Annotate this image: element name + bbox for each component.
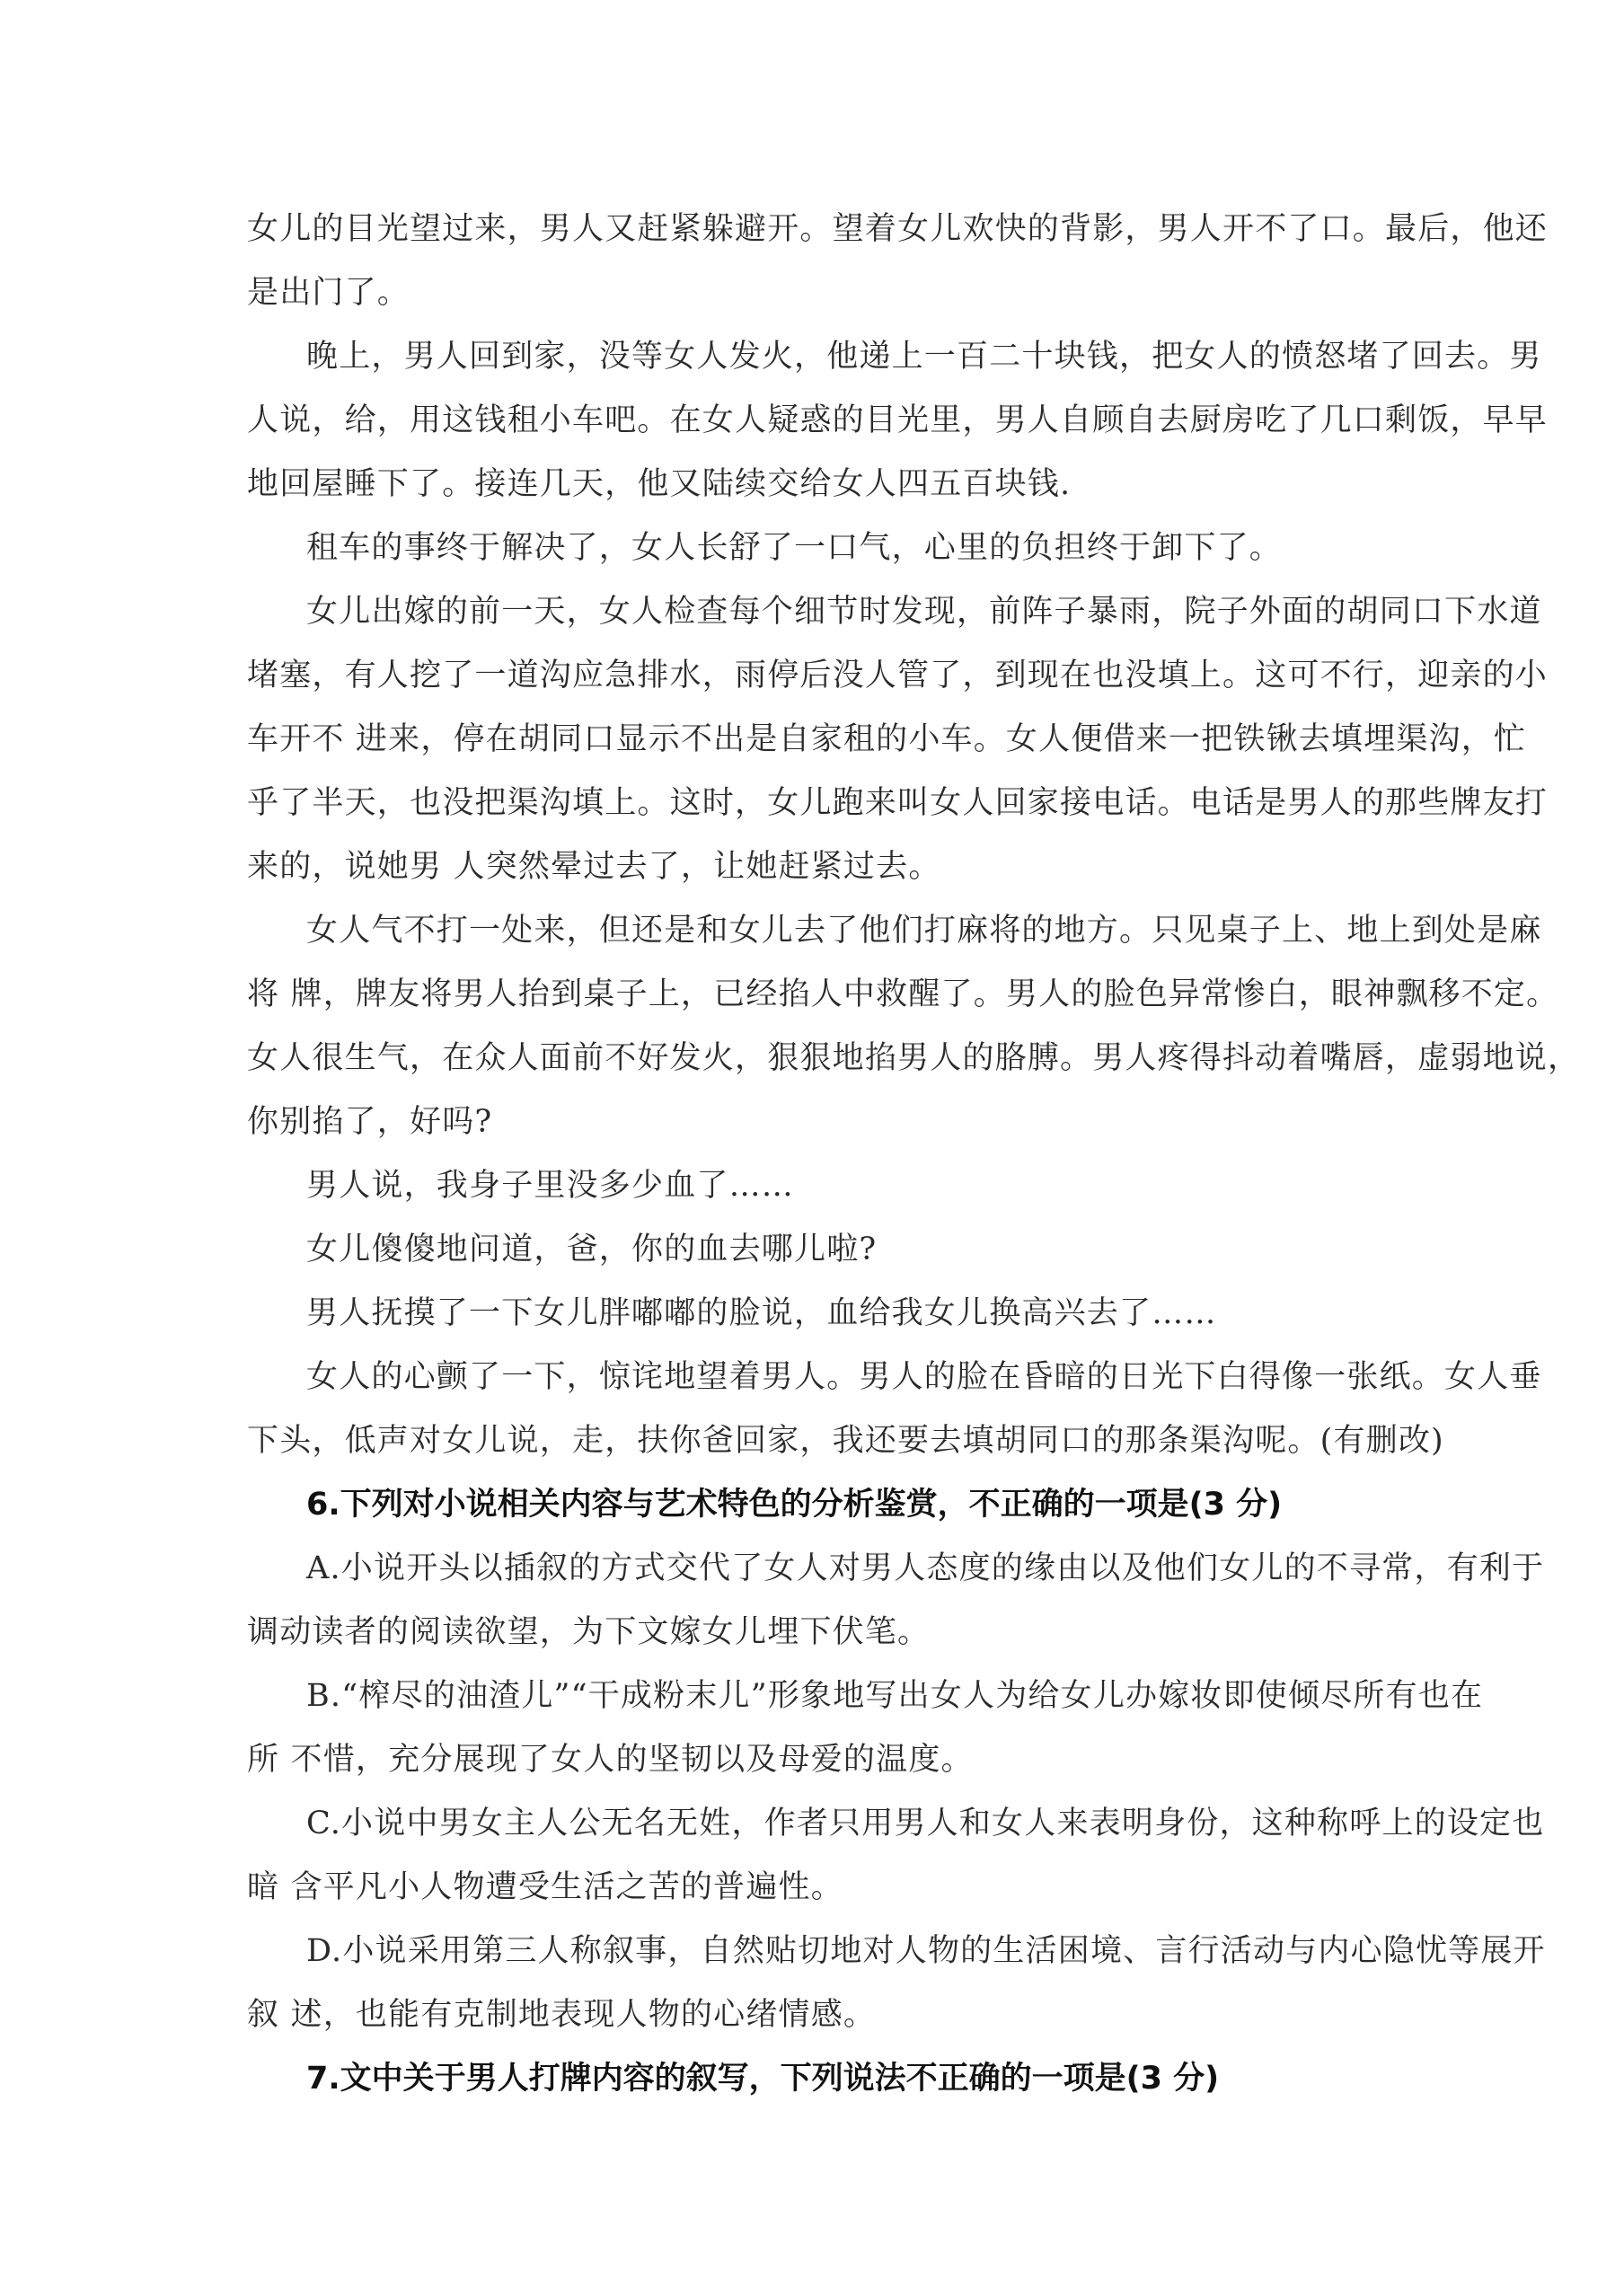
question-title: 7.文中关于男人打牌内容的叙写，下列说法不正确的一项是(3 分) (247, 2047, 1381, 2111)
paragraph: 晚上，男人回到家，没等女人发火，他递上一百二十块钱，把女人的愤怒堵了回去。男 人… (247, 325, 1381, 517)
question-7: 7.文中关于男人打牌内容的叙写，下列说法不正确的一项是(3 分) (247, 2047, 1381, 2111)
option-line: 所 不惜，充分展现了女人的坚韧以及母爱的温度。 (247, 1728, 1381, 1792)
text-line: 车开不 进来，停在胡同口显示不出是自家租的小车。女人便借来一把铁锹去填埋渠沟，忙 (247, 708, 1381, 772)
text-line: 人说，给，用这钱租小车吧。在女人疑惑的目光里，男人自顾自去厨房吃了几口剩饭，早早 (247, 389, 1381, 453)
text-line: 晚上，男人回到家，没等女人发火，他递上一百二十块钱，把女人的愤怒堵了回去。男 (247, 325, 1381, 389)
document-page: 女儿的目光望过来，男人又赶紧躲避开。望着女儿欢快的背影，男人开不了口。最后，他还… (247, 198, 1381, 2111)
option-b: B.“榨尽的油渣儿”“干成粉末儿”形象地写出女人为给女儿办嫁妆即使倾尽所有也在 … (247, 1665, 1381, 1792)
paragraph: 女儿出嫁的前一天，女人检查每个细节时发现，前阵子暴雨，院子外面的胡同口下水道 堵… (247, 580, 1381, 899)
text-line: 乎了半天，也没把渠沟填上。这时，女儿跑来叫女人回家接电话。电话是男人的那些牌友打 (247, 772, 1381, 835)
text-line: 租车的事终于解决了，女人长舒了一口气，心里的负担终于卸下了。 (247, 517, 1381, 580)
text-line: 女儿的目光望过来，男人又赶紧躲避开。望着女儿欢快的背影，男人开不了口。最后，他还 (247, 198, 1381, 261)
paragraph: 女人气不打一处来，但还是和女儿去了他们打麻将的地方。只见桌子上、地上到处是麻 将… (247, 899, 1381, 1154)
text-line: 来的，说她男 人突然晕过去了，让她赶紧过去。 (247, 835, 1381, 899)
text-line: 女人的心颤了一下，惊诧地望着男人。男人的脸在昏暗的日光下白得像一张纸。女人垂 (247, 1346, 1381, 1409)
text-line: 女儿出嫁的前一天，女人检查每个细节时发现，前阵子暴雨，院子外面的胡同口下水道 (247, 580, 1381, 644)
paragraph: 女人的心颤了一下，惊诧地望着男人。男人的脸在昏暗的日光下白得像一张纸。女人垂 下… (247, 1346, 1381, 1473)
question-6: 6.下列对小说相关内容与艺术特色的分析鉴赏，不正确的一项是(3 分) A.小说开… (247, 1473, 1381, 2047)
question-title: 6.下列对小说相关内容与艺术特色的分析鉴赏，不正确的一项是(3 分) (247, 1473, 1381, 1537)
text-line: 你别掐了，好吗? (247, 1091, 1381, 1154)
option-line: A.小说开头以插叙的方式交代了女人对男人态度的缘由以及他们女儿的不寻常，有利于 (247, 1537, 1381, 1601)
text-line: 是出门了。 (247, 261, 1381, 325)
text-line: 男人抚摸了一下女儿胖嘟嘟的脸说，血给我女儿换高兴去了…… (247, 1282, 1381, 1346)
text-line: 将 牌，牌友将男人抬到桌子上，已经掐人中救醒了。男人的脸色异常惨白，眼神飘移不定… (247, 963, 1381, 1027)
text-line: 地回屋睡下了。接连几天，他又陆续交给女人四五百块钱. (247, 453, 1381, 517)
paragraph: 男人抚摸了一下女儿胖嘟嘟的脸说，血给我女儿换高兴去了…… (247, 1282, 1381, 1346)
text-line: 下头，低声对女儿说，走，扶你爸回家，我还要去填胡同口的那条渠沟呢。(有删改) (247, 1409, 1381, 1473)
paragraph: 租车的事终于解决了，女人长舒了一口气，心里的负担终于卸下了。 (247, 517, 1381, 580)
option-line: 叙 述，也能有克制地表现人物的心绪情感。 (247, 1983, 1381, 2047)
option-a: A.小说开头以插叙的方式交代了女人对男人态度的缘由以及他们女儿的不寻常，有利于 … (247, 1537, 1381, 1665)
text-line: 女人气不打一处来，但还是和女儿去了他们打麻将的地方。只见桌子上、地上到处是麻 (247, 899, 1381, 963)
option-c: C.小说中男女主人公无名无姓，作者只用男人和女人来表明身份，这种称呼上的设定也 … (247, 1792, 1381, 1920)
text-line: 女人很生气，在众人面前不好发火，狠狠地掐男人的胳膊。男人疼得抖动着嘴唇，虚弱地说… (247, 1027, 1381, 1091)
option-line: C.小说中男女主人公无名无姓，作者只用男人和女人来表明身份，这种称呼上的设定也 (247, 1792, 1381, 1856)
paragraph: 男人说，我身子里没多少血了…… (247, 1154, 1381, 1218)
text-line: 男人说，我身子里没多少血了…… (247, 1154, 1381, 1218)
option-line: 调动读者的阅读欲望，为下文嫁女儿埋下伏笔。 (247, 1601, 1381, 1665)
paragraph: 女儿傻傻地问道，爸，你的血去哪儿啦? (247, 1218, 1381, 1282)
option-line: D.小说采用第三人称叙事，自然贴切地对人物的生活困境、言行活动与内心隐忧等展开 (247, 1920, 1381, 1983)
text-line: 女儿傻傻地问道，爸，你的血去哪儿啦? (247, 1218, 1381, 1282)
text-line: 堵塞，有人挖了一道沟应急排水，雨停后没人管了，到现在也没填上。这可不行，迎亲的小 (247, 644, 1381, 708)
paragraph: 女儿的目光望过来，男人又赶紧躲避开。望着女儿欢快的背影，男人开不了口。最后，他还… (247, 198, 1381, 325)
option-line: B.“榨尽的油渣儿”“干成粉末儿”形象地写出女人为给女儿办嫁妆即使倾尽所有也在 (247, 1665, 1381, 1728)
option-line: 暗 含平凡小人物遭受生活之苦的普遍性。 (247, 1856, 1381, 1920)
option-d: D.小说采用第三人称叙事，自然贴切地对人物的生活困境、言行活动与内心隐忧等展开 … (247, 1920, 1381, 2047)
